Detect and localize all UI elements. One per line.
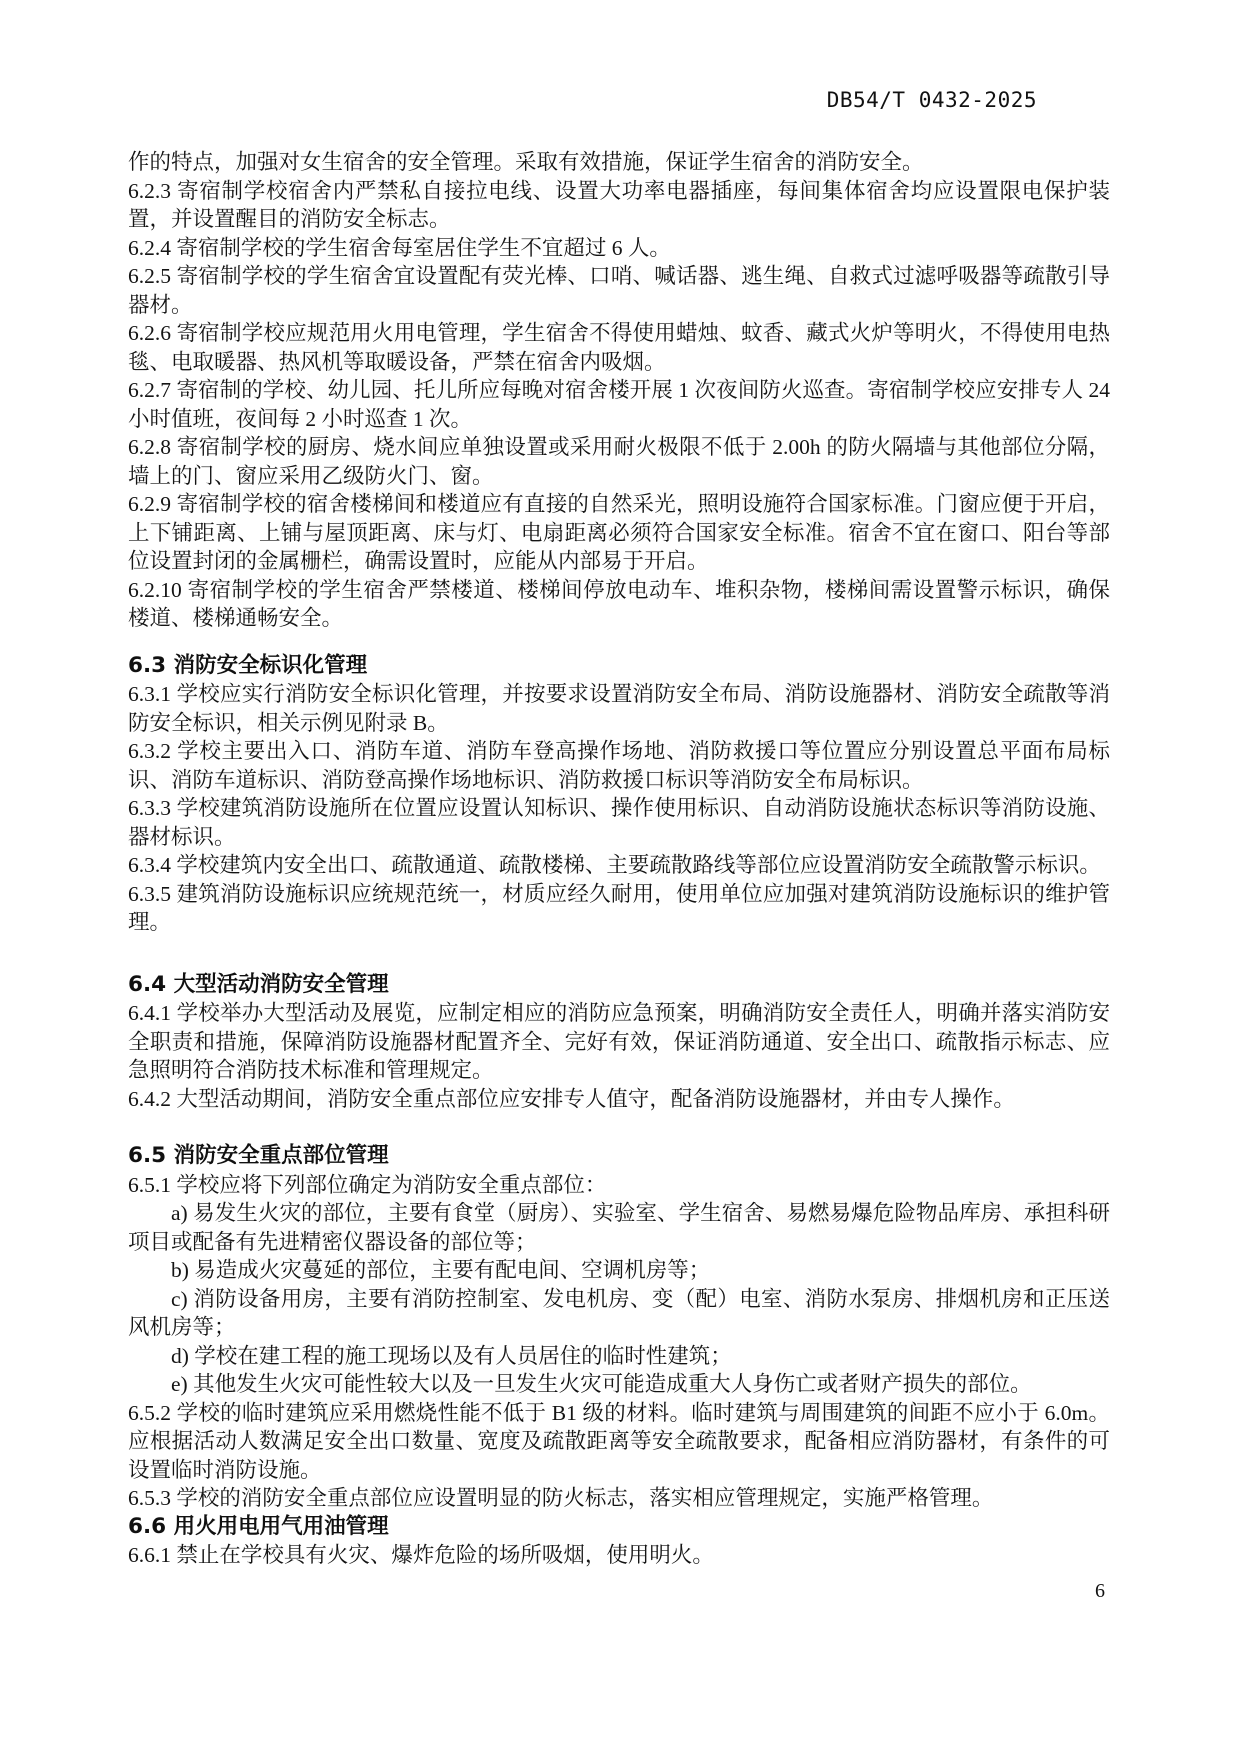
list-item-e: e) 其他发生火灾可能性较大以及一旦发生火灾可能造成重大人身伤亡或者财产损失的部… — [128, 1370, 1110, 1399]
section-heading-6-6: 6.6 用火用电用气用油管理 — [128, 1513, 1110, 1542]
clause-6-2-4: 6.2.4 寄宿制学校的学生宿舍每室居住学生不宜超过 6 人。 — [128, 234, 1110, 263]
clause-6-2-6: 6.2.6 寄宿制学校应规范用火用电管理，学生宿舍不得使用蜡烛、蚊香、藏式火炉等… — [128, 319, 1110, 376]
clause-6-2-3: 6.2.3 寄宿制学校宿舍内严禁私自接拉电线、设置大功率电器插座，每间集体宿舍均… — [128, 177, 1110, 234]
clause-6-2-5: 6.2.5 寄宿制学校的学生宿舍宜设置配有荧光棒、口哨、喊话器、逃生绳、自救式过… — [128, 262, 1110, 319]
clause-6-2-7: 6.2.7 寄宿制的学校、幼儿园、托儿所应每晚对宿舍楼开展 1 次夜间防火巡查。… — [128, 376, 1110, 433]
clause-6-3-5: 6.3.5 建筑消防设施标识应统规范统一，材质应经久耐用，使用单位应加强对建筑消… — [128, 880, 1110, 937]
clause-6-3-2: 6.3.2 学校主要出入口、消防车道、消防车登高操作场地、消防救援口等位置应分别… — [128, 737, 1110, 794]
clause-6-6-1: 6.6.1 禁止在学校具有火灾、爆炸危险的场所吸烟，使用明火。 — [128, 1541, 1110, 1570]
document-page: DB54/T 0432-2025 作的特点，加强对女生宿舍的安全管理。采取有效措… — [0, 0, 1241, 1754]
page-header: DB54/T 0432-2025 — [0, 88, 1037, 112]
standard-number: DB54/T 0432-2025 — [827, 88, 1037, 112]
list-item-b: b) 易造成火灾蔓延的部位，主要有配电间、空调机房等； — [128, 1256, 1110, 1285]
document-body: 作的特点，加强对女生宿舍的安全管理。采取有效措施，保证学生宿舍的消防安全。 6.… — [128, 148, 1110, 1570]
page-number: 6 — [1095, 1580, 1105, 1602]
clause-6-3-4: 6.3.4 学校建筑内安全出口、疏散通道、疏散楼梯、主要疏散路线等部位应设置消防… — [128, 851, 1110, 880]
clause-6-5-1: 6.5.1 学校应将下列部位确定为消防安全重点部位： — [128, 1171, 1110, 1200]
clause-6-5-3: 6.5.3 学校的消防安全重点部位应设置明显的防火标志，落实相应管理规定，实施严… — [128, 1484, 1110, 1513]
section-heading-6-4: 6.4 大型活动消防安全管理 — [128, 971, 1110, 1000]
list-item-d: d) 学校在建工程的施工现场以及有人员居住的临时性建筑； — [128, 1342, 1110, 1371]
clause-6-3-1: 6.3.1 学校应实行消防安全标识化管理，并按要求设置消防安全布局、消防设施器材… — [128, 680, 1110, 737]
list-item-a: a) 易发生火灾的部位，主要有食堂（厨房）、实验室、学生宿舍、易燃易爆危险物品库… — [128, 1199, 1110, 1256]
clause-6-4-1: 6.4.1 学校举办大型活动及展览，应制定相应的消防应急预案，明确消防安全责任人… — [128, 999, 1110, 1085]
section-heading-6-5: 6.5 消防安全重点部位管理 — [128, 1142, 1110, 1171]
clause-6-2-8: 6.2.8 寄宿制学校的厨房、烧水间应单独设置或采用耐火极限不低于 2.00h … — [128, 433, 1110, 490]
clause-6-2-10: 6.2.10 寄宿制学校的学生宿舍严禁楼道、楼梯间停放电动车、堆积杂物，楼梯间需… — [128, 576, 1110, 633]
section-heading-6-3: 6.3 消防安全标识化管理 — [128, 652, 1110, 681]
clause-6-3-3: 6.3.3 学校建筑消防设施所在位置应设置认知标识、操作使用标识、自动消防设施状… — [128, 794, 1110, 851]
list-item-c: c) 消防设备用房，主要有消防控制室、发电机房、变（配）电室、消防水泵房、排烟机… — [128, 1285, 1110, 1342]
clause-6-2-9: 6.2.9 寄宿制学校的宿舍楼梯间和楼道应有直接的自然采光，照明设施符合国家标准… — [128, 490, 1110, 576]
clause-6-4-2: 6.4.2 大型活动期间，消防安全重点部位应安排专人值守，配备消防设施器材，并由… — [128, 1085, 1110, 1114]
paragraph-continuation: 作的特点，加强对女生宿舍的安全管理。采取有效措施，保证学生宿舍的消防安全。 — [128, 148, 1110, 177]
page-footer: 6 — [0, 1580, 1105, 1603]
clause-6-5-2: 6.5.2 学校的临时建筑应采用燃烧性能不低于 B1 级的材料。临时建筑与周围建… — [128, 1399, 1110, 1485]
